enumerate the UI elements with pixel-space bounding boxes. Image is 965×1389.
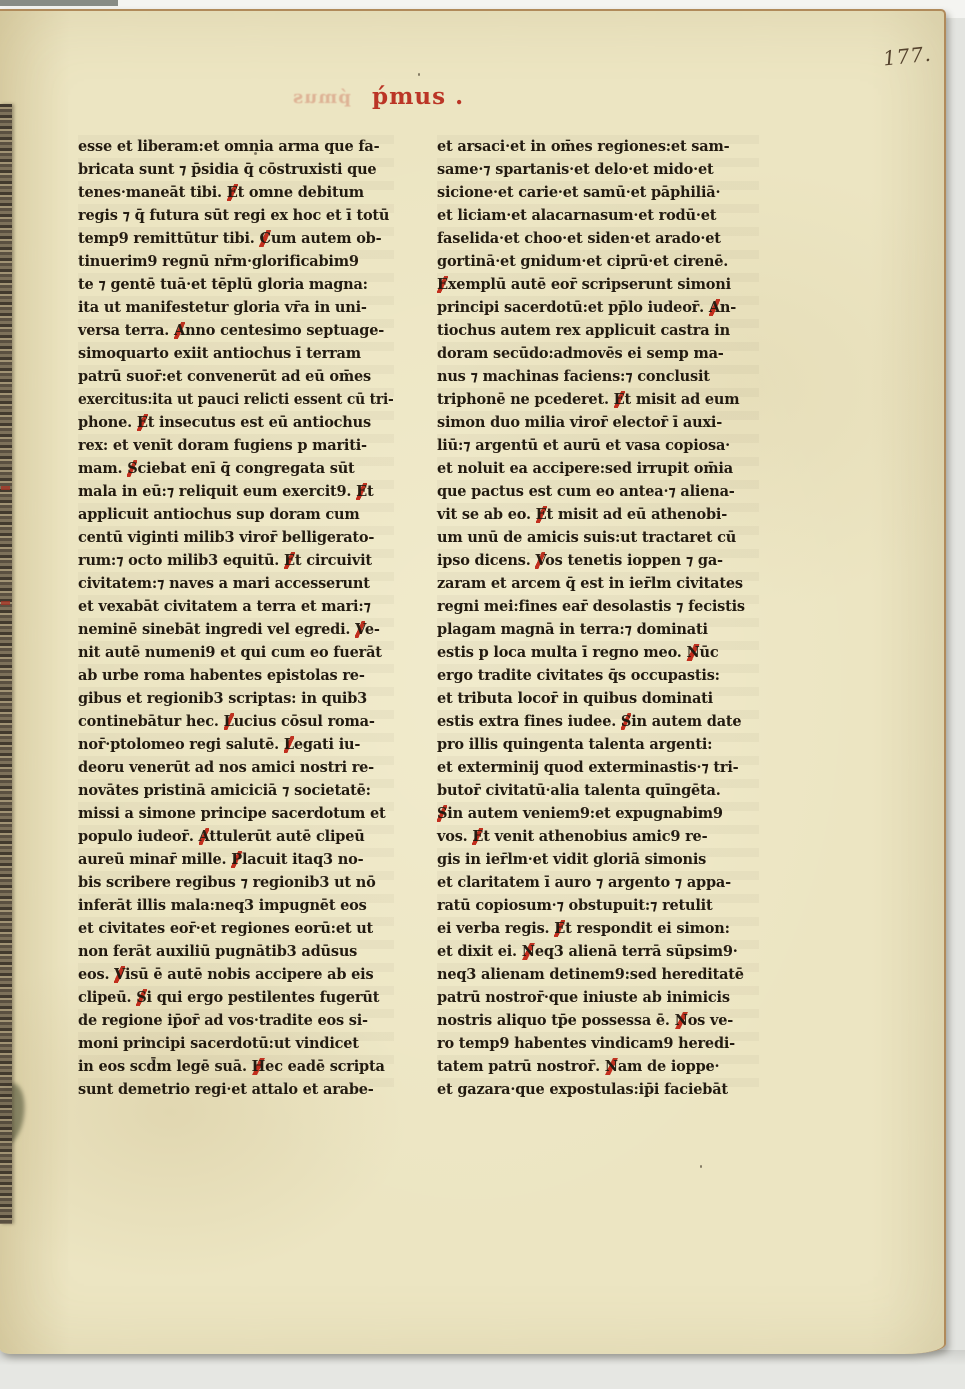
rubricated-capital: E [472, 828, 483, 845]
manuscript-line: pro illis quingenta talenta argenti: [437, 733, 759, 756]
rubricated-capital: N [675, 1012, 688, 1029]
manuscript-line: et civitates eor̄·et regiones eorū:et ut [78, 917, 394, 940]
manuscript-line: tiochus autem rex applicuit castra in [437, 319, 759, 342]
manuscript-line: faselida·et choo·et siden·et arado·et [437, 227, 759, 250]
manuscript-line: continebātur hec. Lucius cōsul roma- [78, 710, 394, 733]
manuscript-line: in eos scd̄m legē suā. Hec eadē scripta [78, 1055, 394, 1078]
manuscript-line: novātes pristinā amiciciā ⁊ societatē: [78, 779, 394, 802]
manuscript-line: et noluit ea accipere:sed irrupit om̄ia [437, 457, 759, 480]
rubricated-capital: V [114, 966, 125, 983]
manuscript-line: de regione ip̄or̄ ad vos·tradite eos si- [78, 1009, 394, 1032]
rubricated-capital: A [709, 299, 720, 316]
rubricated-capital: H [252, 1058, 266, 1075]
manuscript-line: ipso dicens. Vos tenetis ioppen ⁊ ga- [437, 549, 759, 572]
manuscript-line: gis in ier̄lm·et vidit gloriā simonis [437, 848, 759, 871]
rubricated-capital: A [199, 828, 210, 845]
ink-speck [146, 1039, 149, 1043]
manuscript-line: neq3 alienam detinem9:sed hereditatē [437, 963, 759, 986]
manuscript-line: vit se ab eo. Et misit ad eū athenobi- [437, 503, 759, 526]
rubricated-capital: N [605, 1058, 618, 1075]
manuscript-line: moni principi sacerdotū:ut vindicet [78, 1032, 394, 1055]
book-gutter-edge [0, 104, 12, 1224]
manuscript-line: estis extra fines iudee. Sin autem date [437, 710, 759, 733]
manuscript-line: et tributa locor̄ in quibus dominati [437, 687, 759, 710]
rubricated-capital: E [536, 506, 547, 523]
manuscript-line: regis ⁊ q̄ futura sūt regi ex hoc et ī t… [78, 204, 394, 227]
rubricated-capital: E [227, 184, 238, 201]
manuscript-line: nus ⁊ machinas faciens:⁊ conclusit [437, 365, 759, 388]
rubricated-capital: L [284, 736, 294, 753]
manuscript-line: ab urbe roma habentes epistolas re- [78, 664, 394, 687]
manuscript-line: tinuerim9 regnū nr̄m·glorificabim9 [78, 250, 394, 273]
manuscript-line: triphonē ne pcederet. Et misit ad eum [437, 388, 759, 411]
manuscript-line: nit autē numeni9 et qui cum eo fuerāt [78, 641, 394, 664]
rubricated-capital: A [174, 322, 185, 339]
gutter-red-fleck [1, 486, 10, 490]
manuscript-line: centū viginti milib3 viror̄ belligerato- [78, 526, 394, 549]
manuscript-line: estis p loca multa ī regno meo. Nūc [437, 641, 759, 664]
film-edge-mark [0, 0, 118, 6]
gutter-red-fleck [1, 601, 10, 605]
text-column-right: et arsaci·et in om̄es regiones:et sam-sa… [437, 135, 759, 1101]
manuscript-line: et gazara·que expostulas:ip̄i faciebāt [437, 1078, 759, 1101]
scan-backing-bottom [0, 1350, 965, 1389]
manuscript-line: bis scribere regibus ⁊ regionib3 ut nō [78, 871, 394, 894]
manuscript-line: exercitus:ita ut pauci relicti essent cū… [78, 388, 380, 411]
ink-speck [700, 1165, 702, 1168]
manuscript-line: Exemplū autē eor̄ scripserunt simoni [437, 273, 759, 296]
manuscript-line: patrū nostror̄·que iniuste ab inimicis [437, 986, 759, 1009]
manuscript-line: bricata sunt ⁊ p̄sidia q̄ cōstruxisti qu… [78, 158, 394, 181]
rubricated-capital: N [686, 644, 699, 661]
manuscript-line: butor̄ civitatū·alia talenta quīngēta. [437, 779, 759, 802]
manuscript-line: sunt demetrio regi·et attalo et arabe- [78, 1078, 394, 1101]
manuscript-line: applicuit antiochus sup doram cum [78, 503, 394, 526]
manuscript-line: principi sacerdotū:et pp̄lo iudeor̄. An- [437, 296, 759, 319]
rubricated-capital: V [535, 552, 545, 569]
manuscript-line: et claritatem ī auro ⁊ argento ⁊ appa- [437, 871, 759, 894]
manuscript-line: phone. Et insecutus est eū antiochus [78, 411, 394, 434]
manuscript-line: nor̄·ptolomeo regi salutē. Legati iu- [78, 733, 394, 756]
rubricated-capital: S [437, 805, 447, 822]
manuscript-line: ratū copiosum·⁊ obstupuit:⁊ retulit [437, 894, 759, 917]
manuscript-line: patrū suor̄:et convenerūt ad eū om̄es [78, 365, 394, 388]
rubricated-capital: V [355, 621, 365, 638]
manuscript-line: rex: et venīt doram fugiens p mariti- [78, 434, 394, 457]
rubricated-capital: E [554, 920, 565, 937]
manuscript-line: gortinā·et gnidum·et ciprū·et cirenē. [437, 250, 759, 273]
manuscript-line: ergo tradite civitates q̄s occupastis: [437, 664, 759, 687]
running-title: ṕmus . [372, 83, 464, 110]
ink-speck [418, 73, 420, 76]
manuscript-line: mam. Sciebat enī q̄ congregata sūt [78, 457, 394, 480]
rubricated-capital: S [136, 989, 146, 1006]
manuscript-line: eos. Visū ē autē nobis accipere ab eis [78, 963, 394, 986]
manuscript-line: temp9 remittūtur tibi. Cum autem ob- [78, 227, 394, 250]
manuscript-line: ita ut manifestetur gloria vr̄a in uni- [78, 296, 394, 319]
rubricated-capital: L [224, 713, 234, 730]
rubricated-capital: C [259, 230, 270, 247]
rubricated-capital: E [437, 276, 448, 293]
show-through-rubric: ṕmus [292, 87, 351, 108]
manuscript-page: ṕmus ṕmus . 177. esse et liberam:et omni… [0, 9, 946, 1354]
rubricated-capital: S [127, 460, 137, 477]
manuscript-line: rum:⁊ octo milib3 equitū. Et circuivit [78, 549, 394, 572]
manuscript-line: te ⁊ gentē tuā·et tēplū gloria magna: [78, 273, 394, 296]
manuscript-line: same·⁊ spartanis·et delo·et mido·et [437, 158, 759, 181]
manuscript-line: regni mei:fines ear̄ desolastis ⁊ fecist… [437, 595, 759, 618]
manuscript-line: nostris aliquo tp̄e possessa ē. Nos ve- [437, 1009, 759, 1032]
rubricated-capital: E [137, 414, 148, 431]
text-column-left: esse et liberam:et omnia arma que fa-bri… [78, 135, 394, 1101]
manuscript-line: inferāt illis mala:neq3 impugnēt eos [78, 894, 394, 917]
manuscript-line: deoru venerūt ad nos amici nostri re- [78, 756, 394, 779]
rubricated-capital: N [522, 943, 535, 960]
manuscript-line: ei verba regis. Et respondit ei simon: [437, 917, 759, 940]
manuscript-line: simoquarto exiit antiochus ī terram [78, 342, 394, 365]
manuscript-line: Sin autem veniem9:et expugnabim9 [437, 802, 759, 825]
rubricated-capital: E [614, 391, 625, 408]
manuscript-line: tenes·maneāt tibi. Et omne debitum [78, 181, 394, 204]
manuscript-line: et liciam·et alacarnasum·et rodū·et [437, 204, 759, 227]
manuscript-line: mala in eū:⁊ reliquit eum exercit9. Et [78, 480, 394, 503]
manuscript-line: zaram et arcem q̄ est in ier̄lm civitate… [437, 572, 759, 595]
manuscript-line: vos. Et venit athenobius amic9 re- [437, 825, 759, 848]
manuscript-line: ro temp9 habentes vindicam9 heredi- [437, 1032, 759, 1055]
manuscript-line: civitatem:⁊ naves a mari accesserunt [78, 572, 394, 595]
manuscript-line: liū:⁊ argentū et aurū et vasa copiosa· [437, 434, 759, 457]
ink-speck [254, 152, 257, 155]
manuscript-line: gibus et regionib3 scriptas: in quib3 [78, 687, 394, 710]
manuscript-line: et arsaci·et in om̄es regiones:et sam- [437, 135, 759, 158]
manuscript-line: clipeū. Si qui ergo pestilentes fugerūt [78, 986, 394, 1009]
manuscript-line: et exterminij quod exterminastis·⁊ tri- [437, 756, 759, 779]
manuscript-line: simon duo milia viror̄ elector̄ ī auxi- [437, 411, 759, 434]
manuscript-line: versa terra. Anno centesimo septuage- [78, 319, 394, 342]
rubricated-capital: E [356, 483, 367, 500]
manuscript-line: sicione·et carie·et samū·et pāphiliā· [437, 181, 759, 204]
manuscript-line: um unū de amicis suis:ut tractaret cū [437, 526, 759, 549]
manuscript-line: doram secūdo:admovēs ei semp ma- [437, 342, 759, 365]
manuscript-line: populo iudeor̄. Attulerūt autē clipeū [78, 825, 394, 848]
manuscript-line: esse et liberam:et omnia arma que fa- [78, 135, 394, 158]
manuscript-line: plagam magnā in terra:⁊ dominati [437, 618, 759, 641]
manuscript-line: aureū minar̄ mille. Placuit itaq3 no- [78, 848, 394, 871]
manuscript-line: neminē sinebāt ingredi vel egredi. Ve- [78, 618, 394, 641]
rubricated-capital: P [231, 851, 242, 868]
rubricated-capital: E [284, 552, 295, 569]
manuscript-line: et dixit ei. Neq3 alienā terrā sūpsim9· [437, 940, 759, 963]
folio-number: 177. [882, 42, 933, 71]
manuscript-line: que pactus est cum eo antea·⁊ aliena- [437, 480, 759, 503]
rubricated-capital: S [621, 713, 631, 730]
manuscript-line: tatem patrū nostror̄. Nam de ioppe· [437, 1055, 759, 1078]
manuscript-line: non ferāt auxiliū pugnātib3 adūsus [78, 940, 394, 963]
manuscript-line: missi a simone principe sacerdotum et [78, 802, 394, 825]
manuscript-line: et vexabāt civitatem a terra et mari:⁊ [78, 595, 394, 618]
